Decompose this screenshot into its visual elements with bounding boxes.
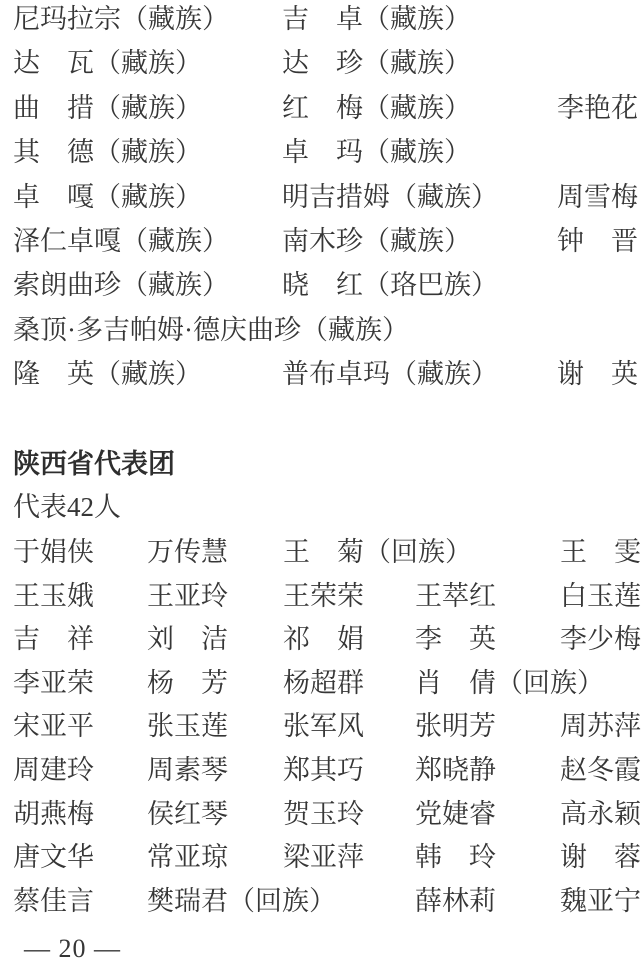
delegate-name: 李亚荣 — [13, 670, 94, 697]
delegate-name: 谢 英 — [557, 361, 638, 388]
delegate-name: 隆 英（藏族） — [13, 361, 202, 388]
delegate-name: 高永颖 — [560, 801, 641, 828]
delegate-name: 索朗曲珍（藏族） — [13, 272, 229, 299]
delegate-name: 周苏萍 — [560, 713, 641, 740]
delegate-name: 尼玛拉宗（藏族） — [13, 6, 229, 33]
name-row: 桑顶·多吉帕姆·德庆曲珍（藏族） — [0, 317, 642, 349]
delegate-name: 王玉娥 — [13, 583, 94, 610]
delegate-name: 张明芳 — [415, 713, 496, 740]
delegate-name: 常亚琼 — [147, 844, 228, 871]
delegate-name: 王 菊（回族） — [283, 539, 472, 566]
name-row: 其 德（藏族）卓 玛（藏族） — [0, 139, 642, 171]
delegate-name: 刘 洁 — [147, 626, 228, 653]
delegate-name: 万传慧 — [147, 539, 228, 566]
delegate-name: 晓 红（珞巴族） — [282, 272, 498, 299]
document-page: 尼玛拉宗（藏族）吉 卓（藏族）达 瓦（藏族）达 珍（藏族）曲 措（藏族）红 梅（… — [0, 0, 642, 970]
delegate-name: 周雪梅 — [557, 184, 638, 211]
delegate-name: 杨超群 — [283, 670, 364, 697]
delegate-name: 蔡佳言 — [13, 888, 94, 915]
name-row: 尼玛拉宗（藏族）吉 卓（藏族） — [0, 6, 642, 38]
name-row: 宋亚平张玉莲张军风张明芳周苏萍 — [0, 713, 642, 745]
delegate-name: 宋亚平 — [13, 713, 94, 740]
delegate-name: 吉 祥 — [13, 626, 94, 653]
delegate-name: 红 梅（藏族） — [282, 95, 471, 122]
delegate-name: 贺玉玲 — [283, 801, 364, 828]
delegate-name: 樊瑞君（回族） — [147, 888, 336, 915]
shaanxi-delegates-name-list: 于娟侠万传慧王 菊（回族）王 雯王玉娥王亚玲王荣荣王萃红白玉莲吉 祥刘 洁祁 娟… — [0, 0, 642, 970]
delegate-count: 代表42人 — [13, 494, 121, 521]
delegate-name: 魏亚宁 — [560, 888, 641, 915]
delegate-name: 普布卓玛（藏族） — [282, 361, 498, 388]
delegate-name: 郑其巧 — [283, 757, 364, 784]
delegate-name: 吉 卓（藏族） — [282, 6, 471, 33]
section-heading-shaanxi-delegation: 陕西省代表团 — [13, 451, 175, 478]
name-row: 于娟侠万传慧王 菊（回族）王 雯 — [0, 539, 642, 571]
delegate-name: 杨 芳 — [147, 670, 228, 697]
delegate-name: 钟 晋 — [557, 228, 638, 255]
delegate-name: 王荣荣 — [283, 583, 364, 610]
delegate-name: 唐文华 — [13, 844, 94, 871]
delegate-name: 南木珍（藏族） — [282, 228, 471, 255]
delegate-name: 韩 玲 — [415, 844, 496, 871]
page-number: — 20 — — [24, 936, 121, 962]
delegate-name: 泽仁卓嘎（藏族） — [13, 228, 229, 255]
delegate-name: 党婕睿 — [415, 801, 496, 828]
delegate-name: 王亚玲 — [147, 583, 228, 610]
delegate-name: 梁亚萍 — [283, 844, 364, 871]
delegate-name: 侯红琴 — [147, 801, 228, 828]
name-row: 吉 祥刘 洁祁 娟李 英李少梅 — [0, 626, 642, 658]
delegate-name: 周建玲 — [13, 757, 94, 784]
name-row: 唐文华常亚琼梁亚萍韩 玲谢 蓉 — [0, 844, 642, 876]
delegate-name: 明吉措姆（藏族） — [282, 184, 498, 211]
tibetan-delegates-name-list: 尼玛拉宗（藏族）吉 卓（藏族）达 瓦（藏族）达 珍（藏族）曲 措（藏族）红 梅（… — [0, 0, 642, 970]
delegate-name: 王萃红 — [415, 583, 496, 610]
delegate-name: 肖 倩（回族） — [415, 670, 604, 697]
name-row: 蔡佳言樊瑞君（回族）薛林莉魏亚宁 — [0, 888, 642, 920]
delegate-name: 曲 措（藏族） — [13, 95, 202, 122]
delegate-name: 张军风 — [283, 713, 364, 740]
name-row: 泽仁卓嘎（藏族）南木珍（藏族）钟 晋 — [0, 228, 642, 260]
delegate-name: 胡燕梅 — [13, 801, 94, 828]
delegate-name: 李少梅 — [560, 626, 641, 653]
delegate-name: 李 英 — [415, 626, 496, 653]
delegate-name: 周素琴 — [147, 757, 228, 784]
delegate-name: 郑晓静 — [415, 757, 496, 784]
delegate-name: 李艳花 — [557, 95, 638, 122]
delegate-name: 祁 娟 — [283, 626, 364, 653]
delegate-name: 王 雯 — [560, 539, 641, 566]
name-row: 达 瓦（藏族）达 珍（藏族） — [0, 50, 642, 82]
name-row: 周建玲周素琴郑其巧郑晓静赵冬霞 — [0, 757, 642, 789]
delegate-name: 谢 蓉 — [560, 844, 641, 871]
delegate-name: 其 德（藏族） — [13, 139, 202, 166]
name-row: 胡燕梅侯红琴贺玉玲党婕睿高永颖 — [0, 801, 642, 833]
name-row: 卓 嘎（藏族）明吉措姆（藏族）周雪梅 — [0, 184, 642, 216]
delegate-name: 张玉莲 — [147, 713, 228, 740]
name-row: 索朗曲珍（藏族）晓 红（珞巴族） — [0, 272, 642, 304]
name-row: 李亚荣杨 芳杨超群肖 倩（回族） — [0, 670, 642, 702]
delegate-name: 卓 玛（藏族） — [282, 139, 471, 166]
delegate-name: 薛林莉 — [415, 888, 496, 915]
delegate-name: 赵冬霞 — [560, 757, 641, 784]
name-row: 曲 措（藏族）红 梅（藏族）李艳花 — [0, 95, 642, 127]
name-row: 王玉娥王亚玲王荣荣王萃红白玉莲 — [0, 583, 642, 615]
delegate-name: 卓 嘎（藏族） — [13, 184, 202, 211]
delegate-name: 达 瓦（藏族） — [13, 50, 202, 77]
delegate-name: 白玉莲 — [560, 583, 641, 610]
delegate-name: 于娟侠 — [13, 539, 94, 566]
delegate-name: 达 珍（藏族） — [282, 50, 471, 77]
delegate-name: 桑顶·多吉帕姆·德庆曲珍（藏族） — [13, 317, 409, 344]
name-row: 隆 英（藏族）普布卓玛（藏族）谢 英 — [0, 361, 642, 393]
